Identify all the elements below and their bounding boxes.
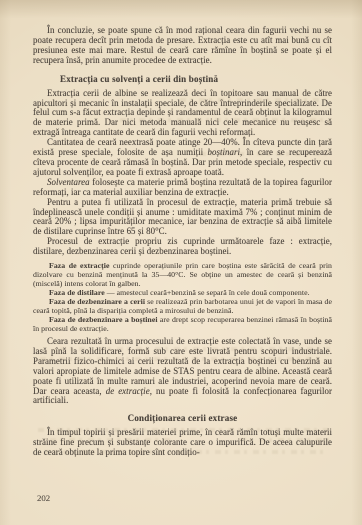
text-segment: În timpul topirii și presării materiei p…	[33, 427, 332, 457]
page-number: 202	[37, 493, 50, 503]
paragraph-faze-proces: Procesul de extracție propriu zis cuprin…	[33, 237, 332, 257]
text-segment: Extracția cerii de albine se realizează …	[33, 88, 332, 138]
text-segment: Procesul de extracție propriu zis cuprin…	[33, 236, 332, 256]
section-heading-conditionarea: Condiționarea cerii extrase	[33, 413, 332, 423]
section-heading-extractie-solventi: Extracția cu solvenți a cerii din boștin…	[60, 74, 332, 84]
text-segment: Faza de extracție	[49, 261, 110, 270]
note-faza-distilare: Faza de distilare — amestecul ceară+benz…	[33, 288, 332, 297]
paragraph-extractie-realizare: Extracția cerii de albine se realizează …	[33, 89, 332, 139]
note-faza-dezbenzinare-bostinei: Faza de dezbenzinare a boștinei are drep…	[33, 315, 332, 333]
text-segment: — amestecul ceară+benzină se separă în c…	[105, 288, 310, 297]
paragraph-ceara-rezultata: Ceara rezultată în urma procesului de ex…	[33, 337, 332, 406]
paragraph-conclusion-presare: În concluzie, se poate spune că în mod r…	[33, 26, 332, 66]
text-segment: Faza de distilare	[49, 288, 105, 297]
text-segment: de extracție	[106, 386, 150, 396]
paragraph-cantitate-neextrasa: Cantitatea de ceară neextrasă poate atin…	[33, 138, 332, 178]
paragraph-conditionare-intro: În timpul topirii și presării materiei p…	[33, 428, 332, 458]
note-faza-extractie: Faza de extracție cuprinde operațiunile …	[33, 261, 332, 288]
text-segment: Faza de dezbenzinare a boștinei	[49, 315, 158, 324]
text-segment: boștinari	[208, 147, 241, 157]
scanned-page: În concluzie, se poate spune că în mod r…	[0, 0, 362, 525]
text-column: În concluzie, se poate spune că în mod r…	[33, 26, 332, 458]
small-print-notes: Faza de extracție cuprinde operațiunile …	[33, 261, 332, 333]
note-faza-dezbenzinare-cerii: Faza de dezbenzinare a cerii se realizea…	[33, 297, 332, 315]
text-segment: În concluzie, se poate spune că în mod r…	[33, 25, 332, 65]
text-segment: Pentru a putea fi utilizată în procesul …	[33, 197, 332, 237]
text-segment: Faza de dezbenzinare a cerii	[49, 297, 145, 306]
text-segment: Extracția cu solvenți a cerii din boștin…	[60, 74, 218, 84]
text-segment: Condiționarea cerii extrase	[128, 413, 238, 423]
text-segment: Solventarea	[47, 177, 90, 187]
paragraph-conditii-materie-prima: Pentru a putea fi utilizată în procesul …	[33, 198, 332, 238]
paragraph-solventarea: Solventarea folosește ca materie primă b…	[33, 178, 332, 198]
